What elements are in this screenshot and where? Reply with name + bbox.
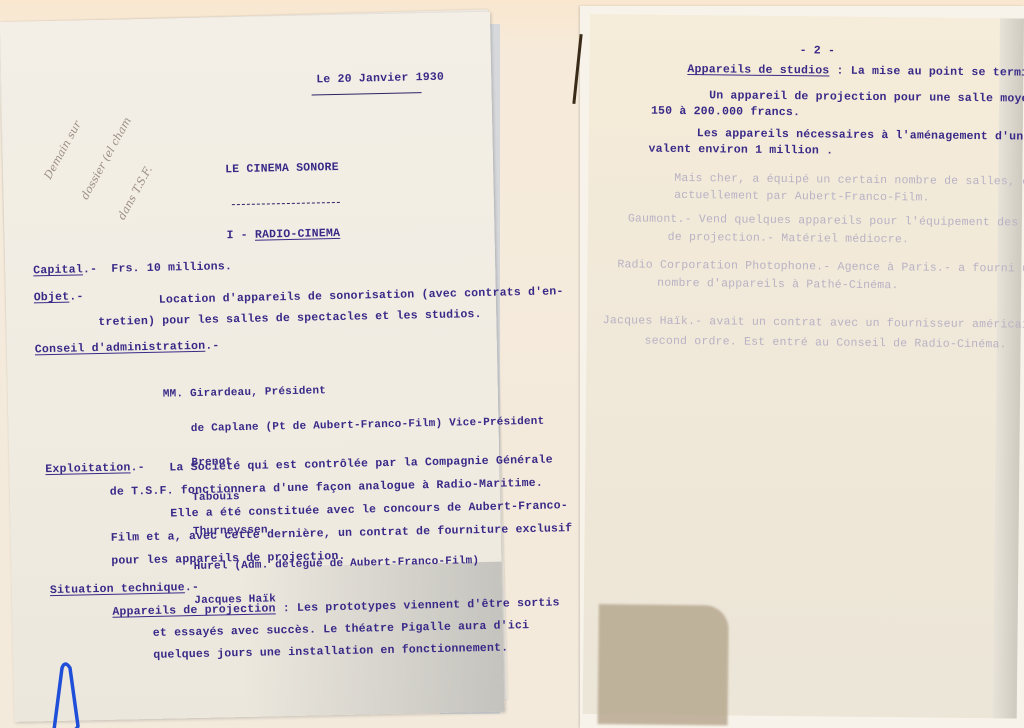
studios-line: Un appareil de projection pour une salle… [709,89,1024,106]
studios-line: valent environ 1 million . [649,143,834,158]
faded-line: nombre d'appareils à Pathé-Cinéma. [657,277,899,293]
studios-line: Les appareils nécessaires à l'aménagemen… [697,127,1024,144]
objet-line-2: tretien) pour les salles de spectacles e… [98,308,482,329]
studios-line: Appareils de studios : La mise au point … [687,63,1024,81]
exploitation-label: Exploitation.- [45,461,145,476]
faded-line: Jacques Haïk.- avait un contrat avec un … [603,314,1024,332]
faded-line: Radio Corporation Photophone.- Agence à … [617,258,1024,276]
paperclip-icon [48,660,84,728]
board-member: MM. Girardeau, Président [163,382,544,401]
faded-line: actuellement par Aubert-Franco-Film. [674,189,930,205]
conseil-label: Conseil d'administration.- [35,339,220,356]
document-page-2: - 2 - Appareils de studios : La mise au … [583,14,1024,719]
faded-line: Gaumont.- Vend quelques appareils pour l… [628,212,1024,230]
document-page-1: Le 20 Janvier 1930 Demain sur dossier (e… [0,12,505,722]
faded-line: de projection.- Matériel médiocre. [668,231,910,247]
studios-line: 150 à 200.000 francs. [651,105,800,120]
page-number: - 2 - [800,44,836,57]
faded-line: second ordre. Est entré au Conseil de Ra… [645,335,1007,352]
document-date: Le 20 Janvier 1930 [316,71,444,87]
objet-label: Objet.- [34,290,84,304]
handwritten-annotation: Demain sur dossier (el cham dans T.S.F. [17,81,196,236]
section-heading: I - RADIO-CINEMA [226,227,340,242]
hand-shadow [598,604,729,725]
document-title: LE CINEMA SONORE [225,161,339,176]
faded-line: Mais cher, a équipé un certain nombre de… [674,172,1024,189]
board-member: de Caplane (Pt de Aubert-Franco-Film) Vi… [163,416,544,435]
capital-line: Capital.- Frs. 10 millions. [33,260,232,277]
